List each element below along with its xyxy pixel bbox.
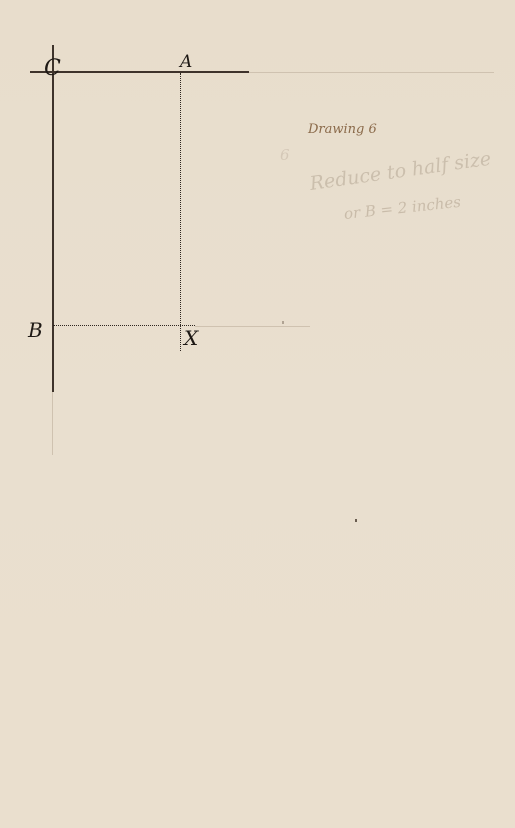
- paper-speck: [355, 519, 357, 522]
- drawing-title: Drawing 6: [308, 123, 377, 136]
- horizontal-axis-guide-extension: [249, 72, 494, 73]
- dotted-line-b-to-x: [53, 325, 195, 326]
- point-label-b: B: [28, 320, 43, 340]
- point-label-x: X: [184, 328, 198, 348]
- vertical-axis-guide-extension: [52, 392, 53, 455]
- dotted-line-a-to-x: [180, 73, 181, 351]
- point-label-a: A: [180, 54, 192, 71]
- horizontal-axis-line: [30, 71, 249, 73]
- horizontal-guide-through-x: [195, 326, 310, 327]
- paper-speck: [282, 321, 284, 324]
- vertical-axis-line: [52, 45, 54, 392]
- point-label-c: C: [44, 58, 61, 80]
- paper-sheet: [0, 0, 515, 828]
- faint-drawing-number: 6: [280, 148, 290, 163]
